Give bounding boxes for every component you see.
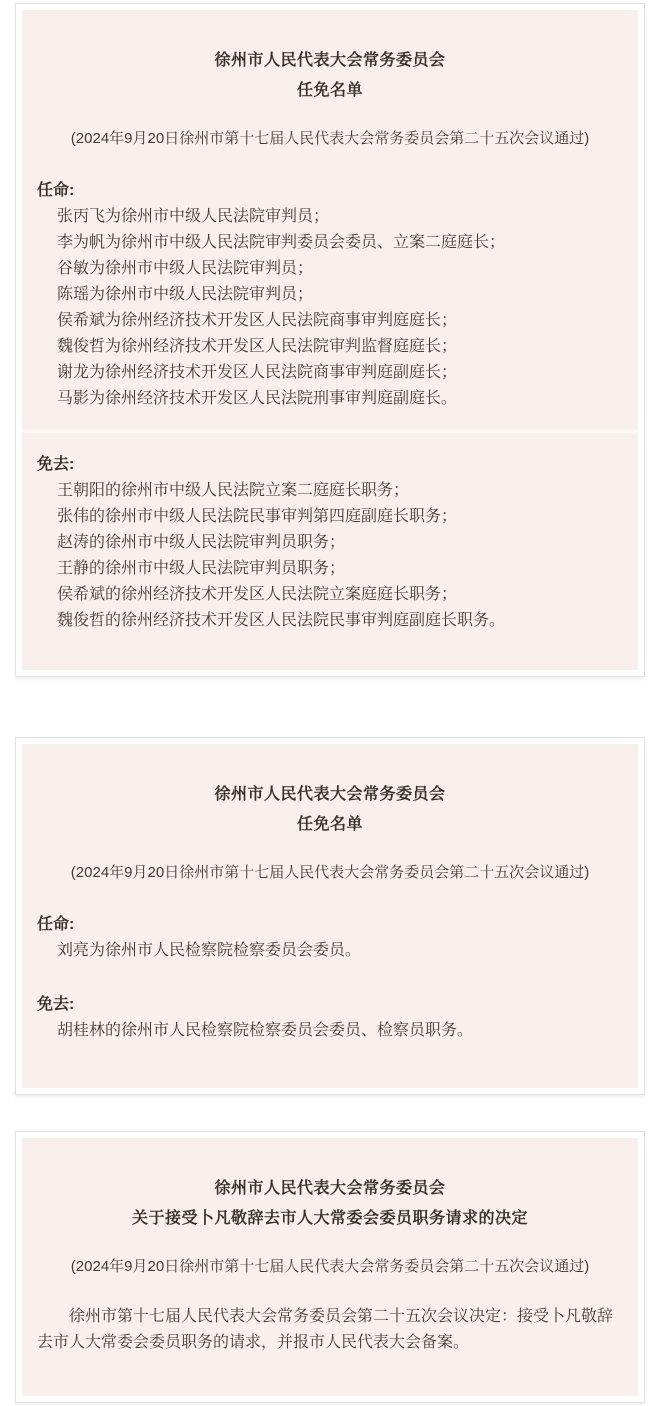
list-item: 侯希斌为徐州经济技术开发区人民法院商事审判庭庭长； <box>37 308 623 334</box>
list-item: 赵涛的徐州市中级人民法院审判员职务； <box>37 530 623 556</box>
screenshot-stitch-seam <box>22 412 638 452</box>
list-item: 魏俊哲的徐州经济技术开发区人民法院民事审判庭副庭长职务。 <box>37 608 623 634</box>
document-title-line-2: 任免名单 <box>37 76 623 106</box>
list-item: 马影为徐州经济技术开发区人民法院刑事审判庭副庭长。 <box>37 386 623 412</box>
list-item: 谢龙为徐州经济技术开发区人民法院商事审判庭副庭长； <box>37 360 623 386</box>
list-item: 王静的徐州市中级人民法院审判员职务； <box>37 556 623 582</box>
list-item: 王朝阳的徐州市中级人民法院立案二庭庭长职务； <box>37 478 623 504</box>
removal-list: 王朝阳的徐州市中级人民法院立案二庭庭长职务；张伟的徐州市中级人民法院民事审判第四… <box>37 478 623 634</box>
list-item: 侯希斌的徐州经济技术开发区人民法院立案庭庭长职务； <box>37 582 623 608</box>
meeting-adoption-line: (2024年9月20日徐州市第十七届人民代表大会常务委员会第二十五次会议通过) <box>37 860 623 886</box>
list-item: 李为帆为徐州市中级人民法院审判委员会委员、立案二庭庭长； <box>37 230 623 256</box>
list-item: 张伟的徐州市中级人民法院民事审判第四庭副庭长职务； <box>37 504 623 530</box>
document-card-appointment-removal-procuratorate: 徐州市人民代表大会常务委员会 任免名单 (2024年9月20日徐州市第十七届人民… <box>15 737 645 1095</box>
section-label-appoint: 任命: <box>37 178 623 204</box>
list-item: 陈瑶为徐州市中级人民法院审判员； <box>37 282 623 308</box>
section-label-remove: 免去: <box>37 992 623 1018</box>
list-item: 刘亮为徐州市人民检察院检察委员会委员。 <box>37 938 623 964</box>
article-page: 徐州市人民代表大会常务委员会 任免名单 (2024年9月20日徐州市第十七届人民… <box>0 0 660 1403</box>
section-label-appoint: 任命: <box>37 912 623 938</box>
document-card-appointment-removal-court: 徐州市人民代表大会常务委员会 任免名单 (2024年9月20日徐州市第十七届人民… <box>15 3 645 677</box>
list-item: 张丙飞为徐州市中级人民法院审判员； <box>37 204 623 230</box>
list-item: 魏俊哲为徐州经济技术开发区人民法院审判监督庭庭长； <box>37 334 623 360</box>
document-title-line-1: 徐州市人民代表大会常务委员会 <box>37 1174 623 1204</box>
appointment-list: 刘亮为徐州市人民检察院检察委员会委员。 <box>37 938 623 964</box>
meeting-adoption-line: (2024年9月20日徐州市第十七届人民代表大会常务委员会第二十五次会议通过) <box>37 126 623 152</box>
list-item: 胡桂林的徐州市人民检察院检察委员会委员、检察员职务。 <box>37 1018 623 1044</box>
document-card-resignation-decision: 徐州市人民代表大会常务委员会 关于接受卜凡敬辞去市人大常委会委员职务请求的决定 … <box>15 1131 645 1403</box>
decision-paragraph: 徐州市第十七届人民代表大会常务委员会第二十五次会议决定：接受卜凡敬辞去市人大常委… <box>37 1304 623 1356</box>
appointment-list: 张丙飞为徐州市中级人民法院审判员；李为帆为徐州市中级人民法院审判委员会委员、立案… <box>37 204 623 412</box>
meeting-adoption-line: (2024年9月20日徐州市第十七届人民代表大会常务委员会第二十五次会议通过) <box>37 1254 623 1280</box>
document-body: 徐州市人民代表大会常务委员会 任免名单 (2024年9月20日徐州市第十七届人民… <box>22 744 638 1088</box>
document-title-line-1: 徐州市人民代表大会常务委员会 <box>37 780 623 810</box>
document-title-line-1: 徐州市人民代表大会常务委员会 <box>37 46 623 76</box>
document-body: 徐州市人民代表大会常务委员会 关于接受卜凡敬辞去市人大常委会委员职务请求的决定 … <box>22 1138 638 1396</box>
document-title-line-2: 任免名单 <box>37 810 623 840</box>
removal-list: 胡桂林的徐州市人民检察院检察委员会委员、检察员职务。 <box>37 1018 623 1044</box>
section-label-remove: 免去: <box>37 452 623 478</box>
document-title-line-2: 关于接受卜凡敬辞去市人大常委会委员职务请求的决定 <box>37 1204 623 1234</box>
list-item: 谷敏为徐州市中级人民法院审判员； <box>37 256 623 282</box>
document-body: 徐州市人民代表大会常务委员会 任免名单 (2024年9月20日徐州市第十七届人民… <box>22 10 638 670</box>
